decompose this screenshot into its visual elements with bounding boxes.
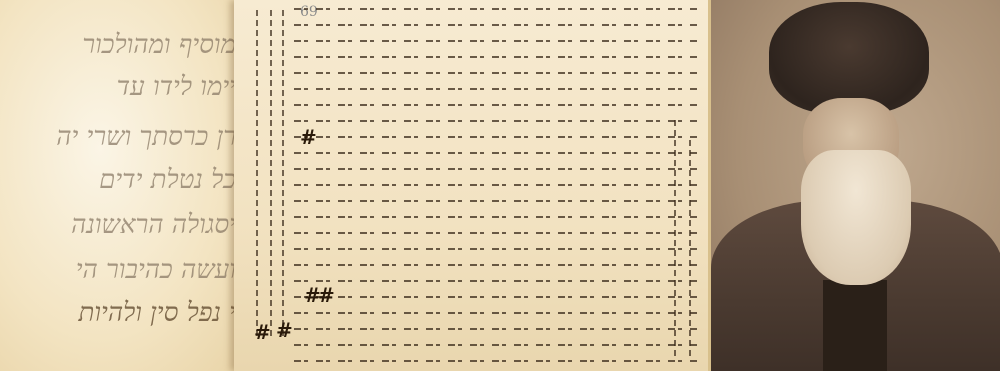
margin-text [270, 10, 272, 340]
manuscript-closeup: מוסיף ומהולכור יימו לידו עד רן כרסתך ושר… [0, 0, 250, 371]
manuscript-line: רן כרסתך ושרי יה [0, 122, 250, 152]
manuscript-page: 69 # # # # # [234, 0, 708, 371]
manuscript-line: כל נטלת ידים [0, 165, 250, 195]
margin-text [256, 10, 258, 340]
manuscript-line: מוסיף ומהולכור [0, 30, 250, 60]
manuscript-line: יסגולה הראשונה [0, 210, 250, 240]
hash-mark: # [254, 320, 271, 344]
manuscript-line: יימו לידו עד [0, 72, 250, 102]
hash-mark: # [300, 125, 317, 149]
margin-text [674, 120, 676, 360]
hash-mark: # [276, 318, 293, 342]
page-number: 69 [300, 4, 318, 20]
portrait [708, 0, 1000, 371]
beard [801, 150, 911, 285]
margin-text [689, 140, 691, 360]
manuscript-line: י נפל סין ולהיות [0, 298, 250, 328]
hash-mark: # [318, 283, 335, 307]
margin-text [282, 10, 284, 340]
manuscript-line: ועשה כהיבור הי [0, 255, 250, 285]
